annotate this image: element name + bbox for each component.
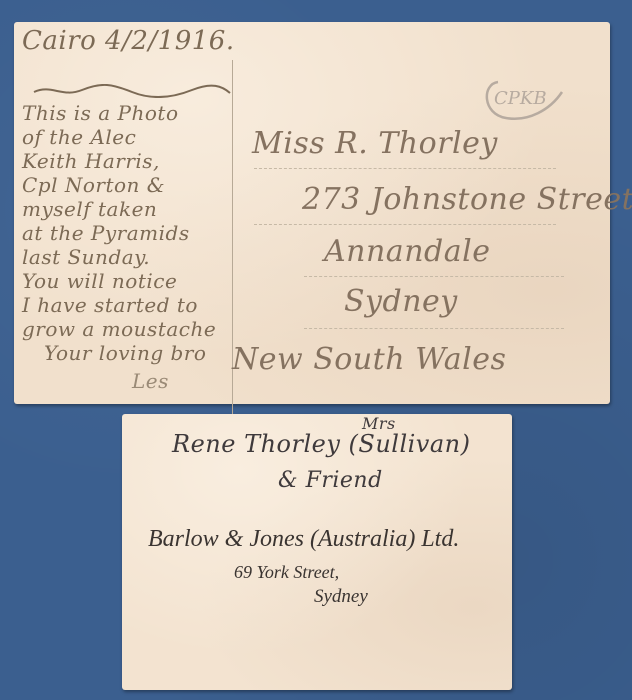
place-date: Cairo 4/2/1916. <box>22 26 235 56</box>
address-state: New South Wales <box>232 342 506 377</box>
svg-text:CPKB: CPKB <box>494 88 547 109</box>
studio-street: 69 York Street, <box>234 562 339 583</box>
message-line: This is a Photo <box>22 102 179 124</box>
message-closing: Your loving bro <box>44 342 206 364</box>
signature: Les <box>132 370 169 392</box>
underline-flourish-icon <box>32 84 232 98</box>
message-line: at the Pyramids <box>22 222 190 244</box>
address-street: 273 Johnstone Street <box>302 182 632 217</box>
address-rule <box>304 328 564 329</box>
message-line: I have started to <box>22 294 198 316</box>
caption-line-1: Rene Thorley (Sullivan) <box>172 430 471 458</box>
address-recipient: Miss R. Thorley <box>252 126 498 161</box>
message-line: Cpl Norton & <box>22 174 165 196</box>
message-line: last Sunday. <box>22 246 150 268</box>
address-rule <box>254 224 556 225</box>
message-line: myself taken <box>22 198 157 220</box>
message-line: of the Alec <box>22 126 136 148</box>
address-city: Sydney <box>344 284 458 319</box>
message-line: Keith Harris, <box>22 150 160 172</box>
studio-city: Sydney <box>314 586 368 608</box>
printer-monogram-icon: CPKB <box>478 70 568 130</box>
studio-name: Barlow & Jones (Australia) Ltd. <box>148 526 459 553</box>
caption-line-2: & Friend <box>278 468 383 493</box>
address-rule <box>254 168 556 169</box>
address-suburb: Annandale <box>324 234 490 269</box>
message-line: grow a moustache <box>22 318 216 340</box>
photo-card-back: Mrs Rene Thorley (Sullivan) & Friend Bar… <box>122 414 512 690</box>
message-line: You will notice <box>22 270 177 292</box>
address-rule <box>304 276 564 277</box>
postcard-back: Cairo 4/2/1916. This is a Photo of the A… <box>14 22 610 404</box>
